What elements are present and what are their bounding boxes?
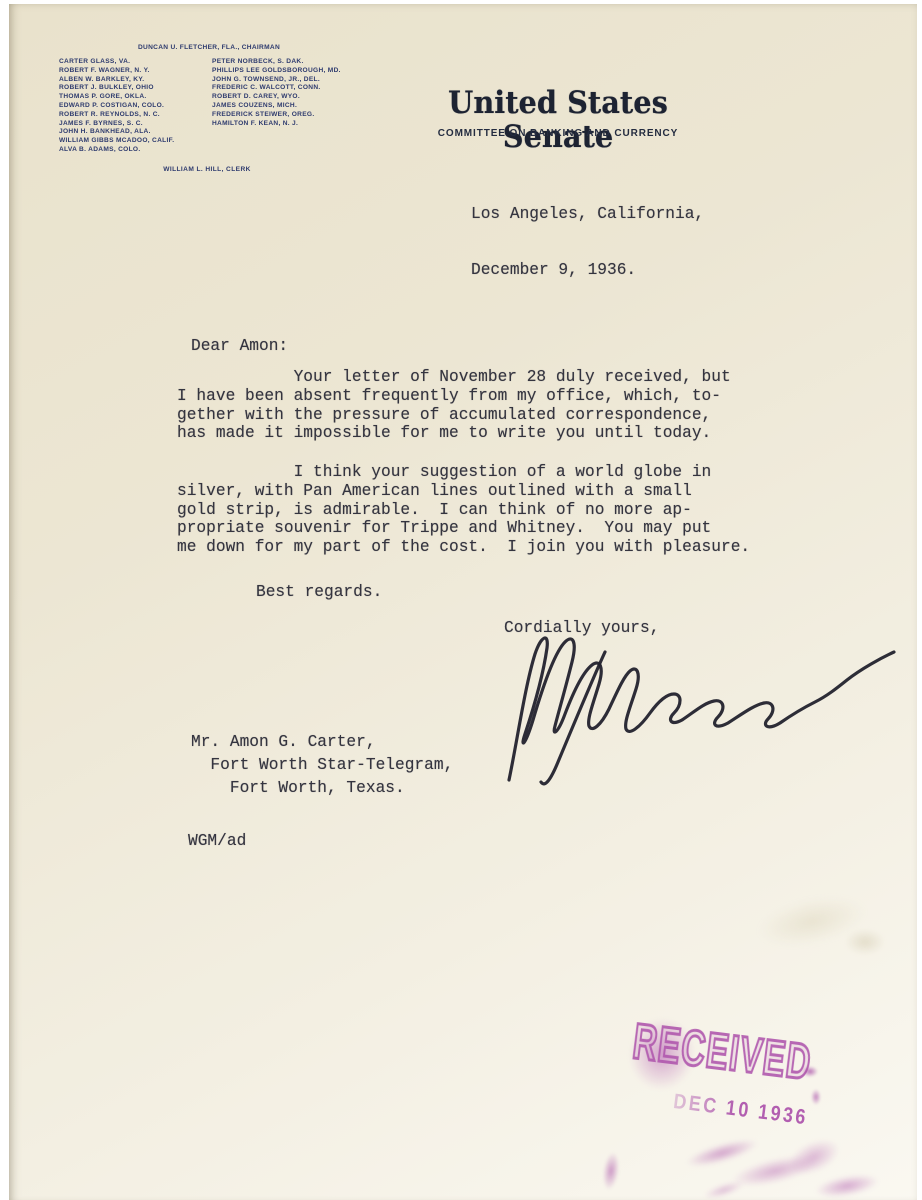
recipient-address: Mr. Amon G. Carter, Fort Worth Star-Tele…: [191, 731, 453, 800]
age-spot: [845, 929, 885, 955]
committee-subtitle: COMMITTEE ON BANKING AND CURRENCY: [393, 128, 723, 139]
clerk-line: WILLIAM L. HILL, CLERK: [107, 166, 307, 173]
text-line: Fort Worth Star-Telegram,: [191, 754, 453, 777]
paragraph-2: I think your suggestion of a world globe…: [177, 463, 750, 557]
text-line: JAMES F. BYRNES, S. C.: [59, 120, 174, 129]
text-line: ALBEN W. BARKLEY, KY.: [59, 76, 174, 85]
text-line: ALVA B. ADAMS, COLO.: [59, 146, 174, 155]
typist-initials: WGM/ad: [188, 832, 246, 851]
text-line: ROBERT R. REYNOLDS, N. C.: [59, 111, 174, 120]
letter-paper: DUNCAN U. FLETCHER, FLA., CHAIRMAN CARTE…: [9, 4, 917, 1200]
text-line: JOHN G. TOWNSEND, JR., DEL.: [212, 76, 341, 85]
text-line: propriate souvenir for Trippe and Whitne…: [177, 519, 750, 538]
text-line: PHILLIPS LEE GOLDSBOROUGH, MD.: [212, 67, 341, 76]
text-line: Your letter of November 28 duly received…: [177, 368, 731, 387]
text-line: gether with the pressure of accumulated …: [177, 406, 731, 425]
dateline-place: Los Angeles, California,: [471, 205, 704, 224]
ink-smudge: [811, 1089, 821, 1105]
text-line: PETER NORBECK, S. DAK.: [212, 58, 341, 67]
text-line: EDWARD P. COSTIGAN, COLO.: [59, 102, 174, 111]
text-line: has made it impossible for me to write y…: [177, 424, 731, 443]
text-line: CARTER GLASS, VA.: [59, 58, 174, 67]
paragraph-1: Your letter of November 28 duly received…: [177, 368, 731, 443]
dateline-date: December 9, 1936.: [471, 261, 704, 280]
text-line: Fort Worth, Texas.: [191, 777, 453, 800]
closing-regards: Best regards.: [256, 583, 382, 602]
members-list-right: PETER NORBECK, S. DAK.PHILLIPS LEE GOLDS…: [212, 58, 341, 128]
text-line: THOMAS P. GORE, OKLA.: [59, 93, 174, 102]
text-line: ROBERT J. BULKLEY, OHIO: [59, 84, 174, 93]
text-line: ROBERT D. CAREY, WYO.: [212, 93, 341, 102]
senate-title: United States Senate: [405, 86, 712, 154]
ink-smudge: [600, 1151, 621, 1191]
text-line: gold strip, is admirable. I can think of…: [177, 501, 750, 520]
ink-smudge: [802, 1066, 818, 1077]
text-line: silver, with Pan American lines outlined…: [177, 482, 750, 501]
ink-smudge: [814, 1171, 881, 1200]
text-line: FREDERICK STEIWER, OREG.: [212, 111, 341, 120]
text-line: JOHN H. BANKHEAD, ALA.: [59, 128, 174, 137]
text-line: Mr. Amon G. Carter,: [191, 731, 453, 754]
text-line: HAMILTON F. KEAN, N. J.: [212, 120, 341, 129]
chairman-line: DUNCAN U. FLETCHER, FLA., CHAIRMAN: [67, 44, 351, 51]
text-line: WILLIAM GIBBS MCADOO, CALIF.: [59, 137, 174, 146]
text-line: I have been absent frequently from my of…: [177, 387, 731, 406]
members-list-left: CARTER GLASS, VA.ROBERT F. WAGNER, N. Y.…: [59, 58, 174, 155]
text-line: FREDERIC C. WALCOTT, CONN.: [212, 84, 341, 93]
salutation: Dear Amon:: [191, 337, 288, 356]
dateline: Los Angeles, California, December 9, 193…: [471, 167, 704, 317]
signature-mcadoo: [461, 614, 906, 804]
text-line: JAMES COUZENS, MICH.: [212, 102, 341, 111]
text-line: ROBERT F. WAGNER, N. Y.: [59, 67, 174, 76]
ink-smudge: [702, 1178, 746, 1200]
text-line: I think your suggestion of a world globe…: [177, 463, 750, 482]
received-stamp-date: DEC 10 1936: [672, 1090, 809, 1130]
text-line: me down for my part of the cost. I join …: [177, 538, 750, 557]
